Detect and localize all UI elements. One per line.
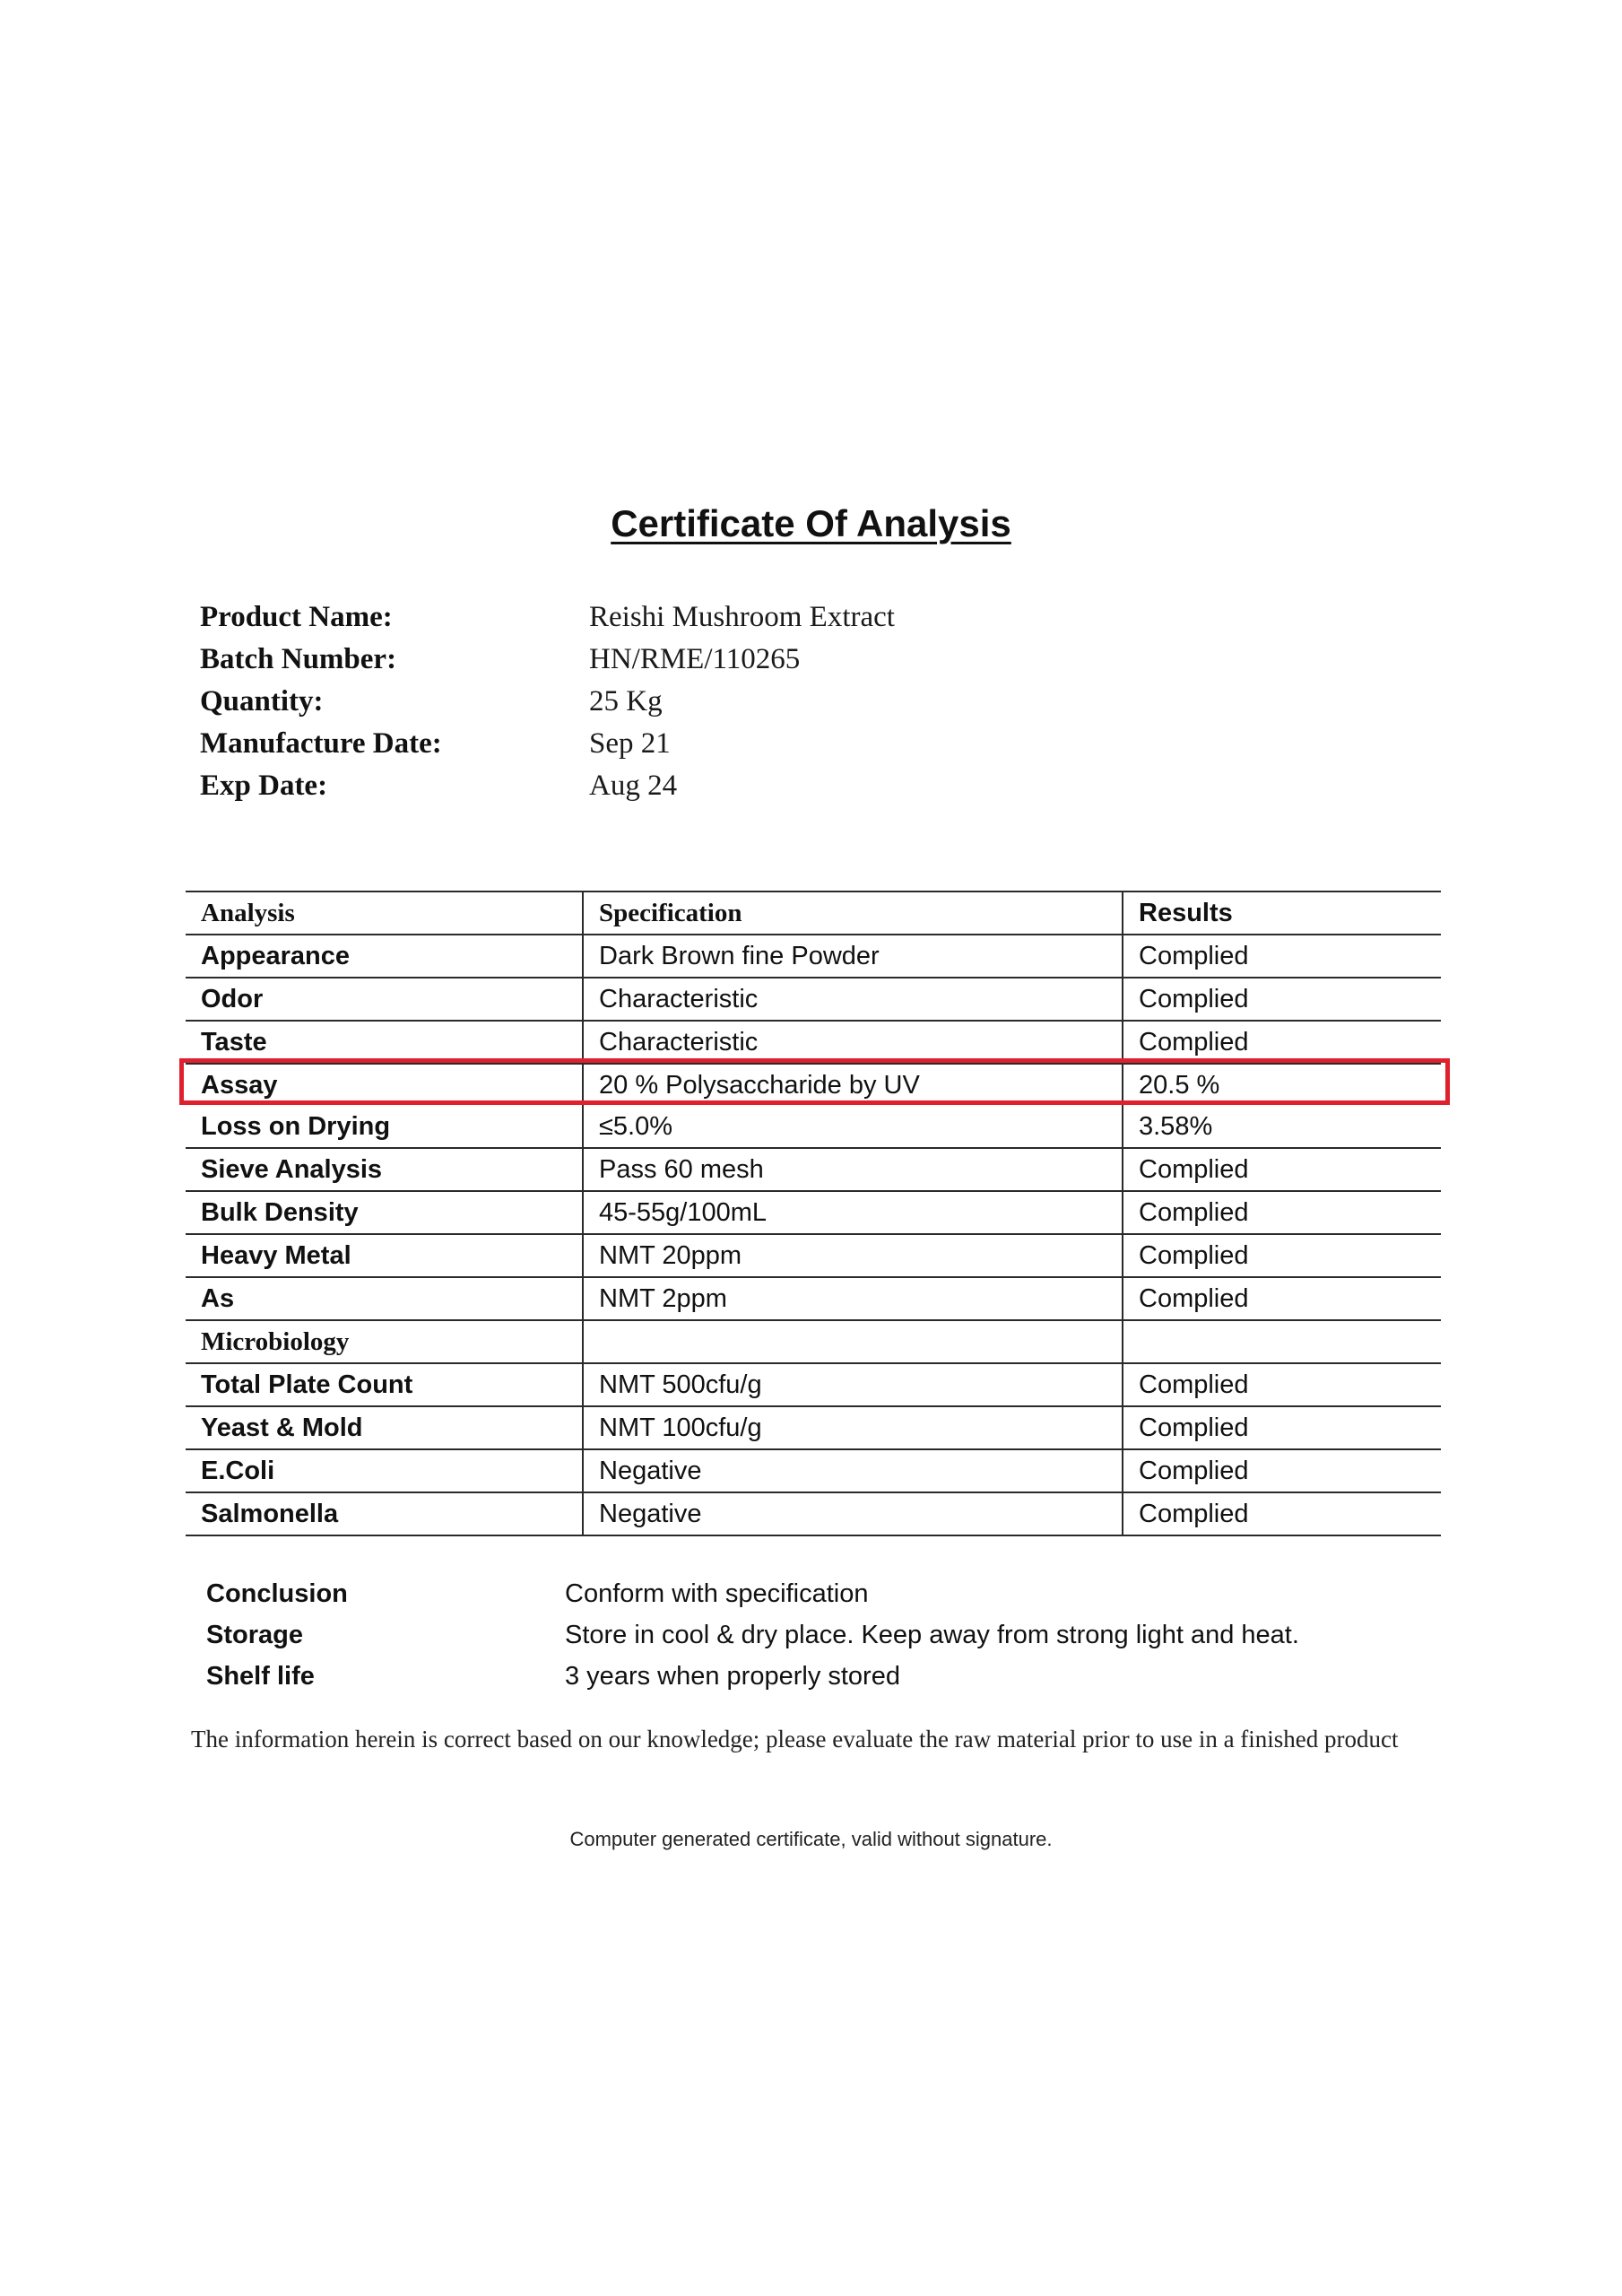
specification-cell: Characteristic bbox=[583, 978, 1123, 1021]
specification-cell bbox=[583, 1320, 1123, 1363]
table-section-row-microbiology: Microbiology bbox=[186, 1320, 1441, 1363]
specification-cell: ≤5.0% bbox=[583, 1106, 1123, 1148]
specification-cell: NMT 100cfu/g bbox=[583, 1406, 1123, 1449]
specification-cell: NMT 20ppm bbox=[583, 1234, 1123, 1277]
info-label: Batch Number: bbox=[200, 643, 589, 676]
analysis-cell: Loss on Drying bbox=[186, 1106, 583, 1148]
analysis-cell: Heavy Metal bbox=[186, 1234, 583, 1277]
summary-label: Conclusion bbox=[206, 1579, 565, 1609]
result-cell: Complied bbox=[1123, 1406, 1441, 1449]
info-value: HN/RME/110265 bbox=[589, 643, 800, 676]
analysis-cell: As bbox=[186, 1277, 583, 1320]
summary-row-storage: Storage Store in cool & dry place. Keep … bbox=[206, 1614, 1299, 1656]
table-row-assay-highlighted: Assay 20 % Polysaccharide by UV 20.5 % bbox=[186, 1064, 1441, 1106]
section-heading-cell: Microbiology bbox=[186, 1320, 583, 1363]
summary-value: Conform with specification bbox=[565, 1579, 868, 1609]
analysis-cell: Appearance bbox=[186, 935, 583, 978]
result-cell: Complied bbox=[1123, 1363, 1441, 1406]
analysis-cell: Sieve Analysis bbox=[186, 1148, 583, 1191]
analysis-cell: Bulk Density bbox=[186, 1191, 583, 1234]
result-cell: Complied bbox=[1123, 1021, 1441, 1064]
info-value: 25 Kg bbox=[589, 685, 663, 718]
specification-cell: Pass 60 mesh bbox=[583, 1148, 1123, 1191]
result-cell: Complied bbox=[1123, 1449, 1441, 1492]
table-row: Heavy Metal NMT 20ppm Complied bbox=[186, 1234, 1441, 1277]
result-cell: Complied bbox=[1123, 1492, 1441, 1535]
summary-section: Conclusion Conform with specification St… bbox=[206, 1573, 1299, 1697]
summary-value: Store in cool & dry place. Keep away fro… bbox=[565, 1621, 1299, 1650]
summary-row-conclusion: Conclusion Conform with specification bbox=[206, 1573, 1299, 1614]
specification-cell: Negative bbox=[583, 1492, 1123, 1535]
analysis-cell: Assay bbox=[186, 1064, 583, 1106]
specification-cell: NMT 2ppm bbox=[583, 1277, 1123, 1320]
disclaimer-text: The information herein is correct based … bbox=[191, 1722, 1446, 1756]
table-row: Total Plate Count NMT 500cfu/g Complied bbox=[186, 1363, 1441, 1406]
result-cell: Complied bbox=[1123, 935, 1441, 978]
table-header-row: Analysis Specification Results bbox=[186, 891, 1441, 935]
result-cell: Complied bbox=[1123, 1191, 1441, 1234]
specification-cell: 45-55g/100mL bbox=[583, 1191, 1123, 1234]
info-row-quantity: Quantity: 25 Kg bbox=[200, 681, 895, 723]
analysis-table: Analysis Specification Results Appearanc… bbox=[186, 891, 1441, 1536]
info-label: Exp Date: bbox=[200, 770, 589, 803]
analysis-cell: Yeast & Mold bbox=[186, 1406, 583, 1449]
specification-cell: Dark Brown fine Powder bbox=[583, 935, 1123, 978]
specification-cell: Characteristic bbox=[583, 1021, 1123, 1064]
table-row: Taste Characteristic Complied bbox=[186, 1021, 1441, 1064]
result-cell: Complied bbox=[1123, 1234, 1441, 1277]
summary-label: Shelf life bbox=[206, 1662, 565, 1692]
document-title: Certificate Of Analysis bbox=[0, 502, 1622, 545]
column-header-specification: Specification bbox=[583, 891, 1123, 935]
table-row: Yeast & Mold NMT 100cfu/g Complied bbox=[186, 1406, 1441, 1449]
info-label: Quantity: bbox=[200, 685, 589, 718]
summary-label: Storage bbox=[206, 1621, 565, 1650]
analysis-cell: Total Plate Count bbox=[186, 1363, 583, 1406]
info-label: Manufacture Date: bbox=[200, 727, 589, 761]
footer-note: Computer generated certificate, valid wi… bbox=[0, 1828, 1622, 1851]
info-row-exp-date: Exp Date: Aug 24 bbox=[200, 765, 895, 807]
result-cell: 3.58% bbox=[1123, 1106, 1441, 1148]
column-header-results: Results bbox=[1123, 891, 1441, 935]
analysis-cell: Odor bbox=[186, 978, 583, 1021]
info-row-product-name: Product Name: Reishi Mushroom Extract bbox=[200, 596, 895, 639]
analysis-cell: E.Coli bbox=[186, 1449, 583, 1492]
product-info: Product Name: Reishi Mushroom Extract Ba… bbox=[200, 596, 895, 807]
table-row: Appearance Dark Brown fine Powder Compli… bbox=[186, 935, 1441, 978]
specification-cell: NMT 500cfu/g bbox=[583, 1363, 1123, 1406]
result-cell: Complied bbox=[1123, 1148, 1441, 1191]
info-label: Product Name: bbox=[200, 601, 589, 634]
table-row: Loss on Drying ≤5.0% 3.58% bbox=[186, 1106, 1441, 1148]
table-row: Odor Characteristic Complied bbox=[186, 978, 1441, 1021]
result-cell bbox=[1123, 1320, 1441, 1363]
result-cell: 20.5 % bbox=[1123, 1064, 1441, 1106]
table-row: As NMT 2ppm Complied bbox=[186, 1277, 1441, 1320]
summary-row-shelf-life: Shelf life 3 years when properly stored bbox=[206, 1656, 1299, 1697]
result-cell: Complied bbox=[1123, 1277, 1441, 1320]
info-value: Reishi Mushroom Extract bbox=[589, 601, 895, 634]
table-row: Sieve Analysis Pass 60 mesh Complied bbox=[186, 1148, 1441, 1191]
table-row: Bulk Density 45-55g/100mL Complied bbox=[186, 1191, 1441, 1234]
info-value: Sep 21 bbox=[589, 727, 671, 761]
document-title-text: Certificate Of Analysis bbox=[611, 502, 1011, 544]
specification-cell: Negative bbox=[583, 1449, 1123, 1492]
summary-value: 3 years when properly stored bbox=[565, 1662, 900, 1692]
info-row-batch-number: Batch Number: HN/RME/110265 bbox=[200, 639, 895, 681]
column-header-analysis: Analysis bbox=[186, 891, 583, 935]
specification-cell: 20 % Polysaccharide by UV bbox=[583, 1064, 1123, 1106]
table-row: E.Coli Negative Complied bbox=[186, 1449, 1441, 1492]
analysis-cell: Taste bbox=[186, 1021, 583, 1064]
analysis-cell: Salmonella bbox=[186, 1492, 583, 1535]
info-value: Aug 24 bbox=[589, 770, 677, 803]
info-row-manufacture-date: Manufacture Date: Sep 21 bbox=[200, 723, 895, 765]
table-row: Salmonella Negative Complied bbox=[186, 1492, 1441, 1535]
result-cell: Complied bbox=[1123, 978, 1441, 1021]
